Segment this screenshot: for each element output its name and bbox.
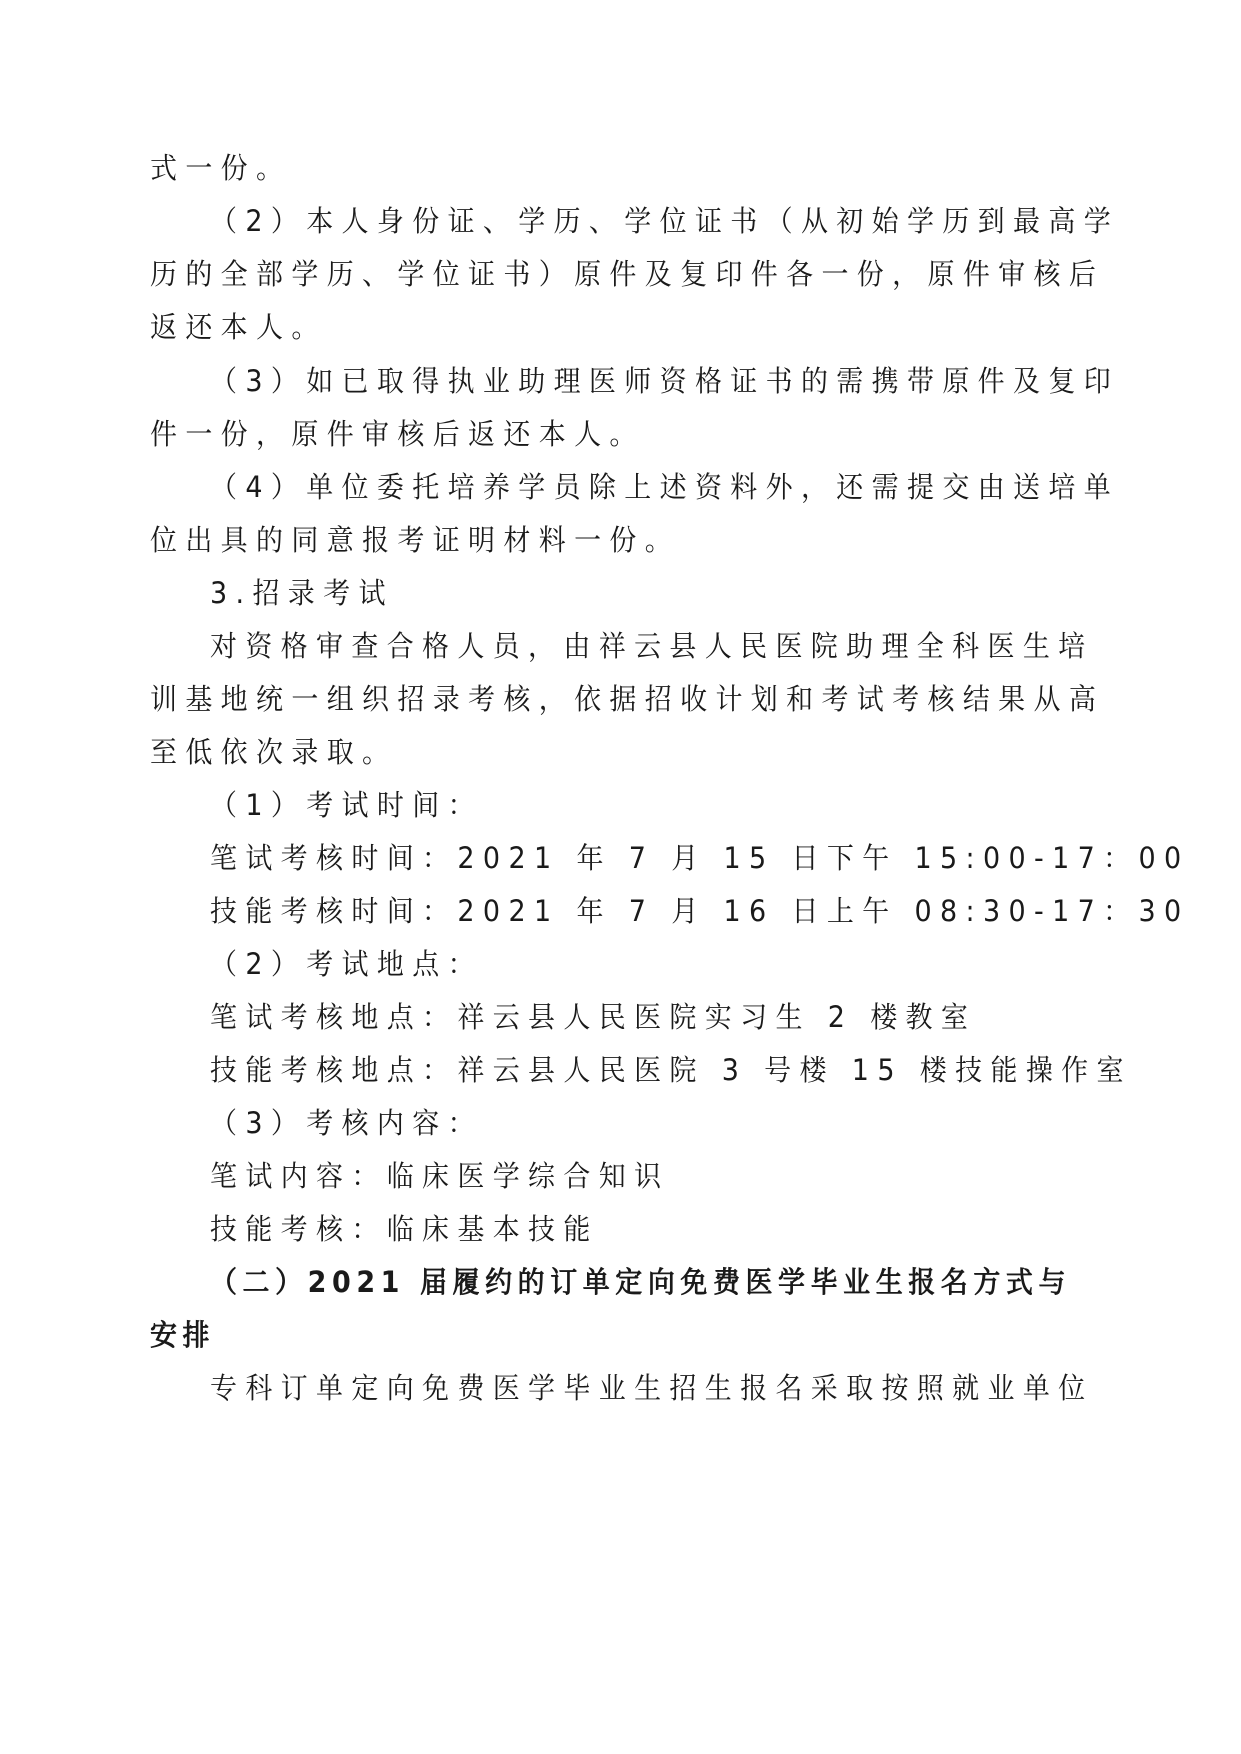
- subheading-exam-time: （1）考试时间：: [210, 785, 483, 825]
- written-exam-location: 笔试考核地点：祥云县人民医院实习生 2 楼教室: [210, 997, 976, 1037]
- text-line: 件一份，原件审核后返还本人。: [150, 414, 645, 454]
- document-page: 式一份。 （2）本人身份证、学历、学位证书（从初始学历到最高学 历的全部学历、学…: [0, 0, 1241, 1754]
- section-heading-2-cont: 安排: [150, 1315, 215, 1355]
- paragraph-line: 至低依次录取。: [150, 732, 397, 772]
- text-line: 式一份。: [150, 148, 291, 188]
- section-heading-exam: 3.招录考试: [210, 573, 394, 613]
- paragraph-line: 专科订单定向免费医学毕业生招生报名采取按照就业单位: [210, 1368, 1094, 1408]
- text-line: 位出具的同意报考证明材料一份。: [150, 520, 680, 560]
- subheading-exam-content: （3）考核内容：: [210, 1103, 483, 1143]
- text-line: 返还本人。: [150, 307, 327, 347]
- list-item-3: （3）如已取得执业助理医师资格证书的需携带原件及复印: [210, 361, 1119, 401]
- paragraph-line: 对资格审查合格人员，由祥云县人民医院助理全科医生培: [210, 626, 1094, 666]
- section-heading-2: （二）2021 届履约的订单定向免费医学毕业生报名方式与: [210, 1262, 1071, 1302]
- skills-exam-time: 技能考核时间：2021 年 7 月 16 日上午 08:30-17：30: [210, 891, 1190, 931]
- skills-exam-location: 技能考核地点：祥云县人民医院 3 号楼 15 楼技能操作室: [210, 1050, 1132, 1090]
- skills-exam-content: 技能考核：临床基本技能: [210, 1209, 599, 1249]
- written-exam-content: 笔试内容：临床医学综合知识: [210, 1156, 669, 1196]
- list-item-4: （4）单位委托培养学员除上述资料外，还需提交由送培单: [210, 467, 1119, 507]
- subheading-exam-location: （2）考试地点：: [210, 944, 483, 984]
- list-item-2: （2）本人身份证、学历、学位证书（从初始学历到最高学: [210, 201, 1119, 241]
- text-line: 历的全部学历、学位证书）原件及复印件各一份，原件审核后: [150, 254, 1104, 294]
- paragraph-line: 训基地统一组织招录考核，依据招收计划和考试考核结果从高: [150, 679, 1104, 719]
- written-exam-time: 笔试考核时间：2021 年 7 月 15 日下午 15:00-17：00: [210, 838, 1190, 878]
